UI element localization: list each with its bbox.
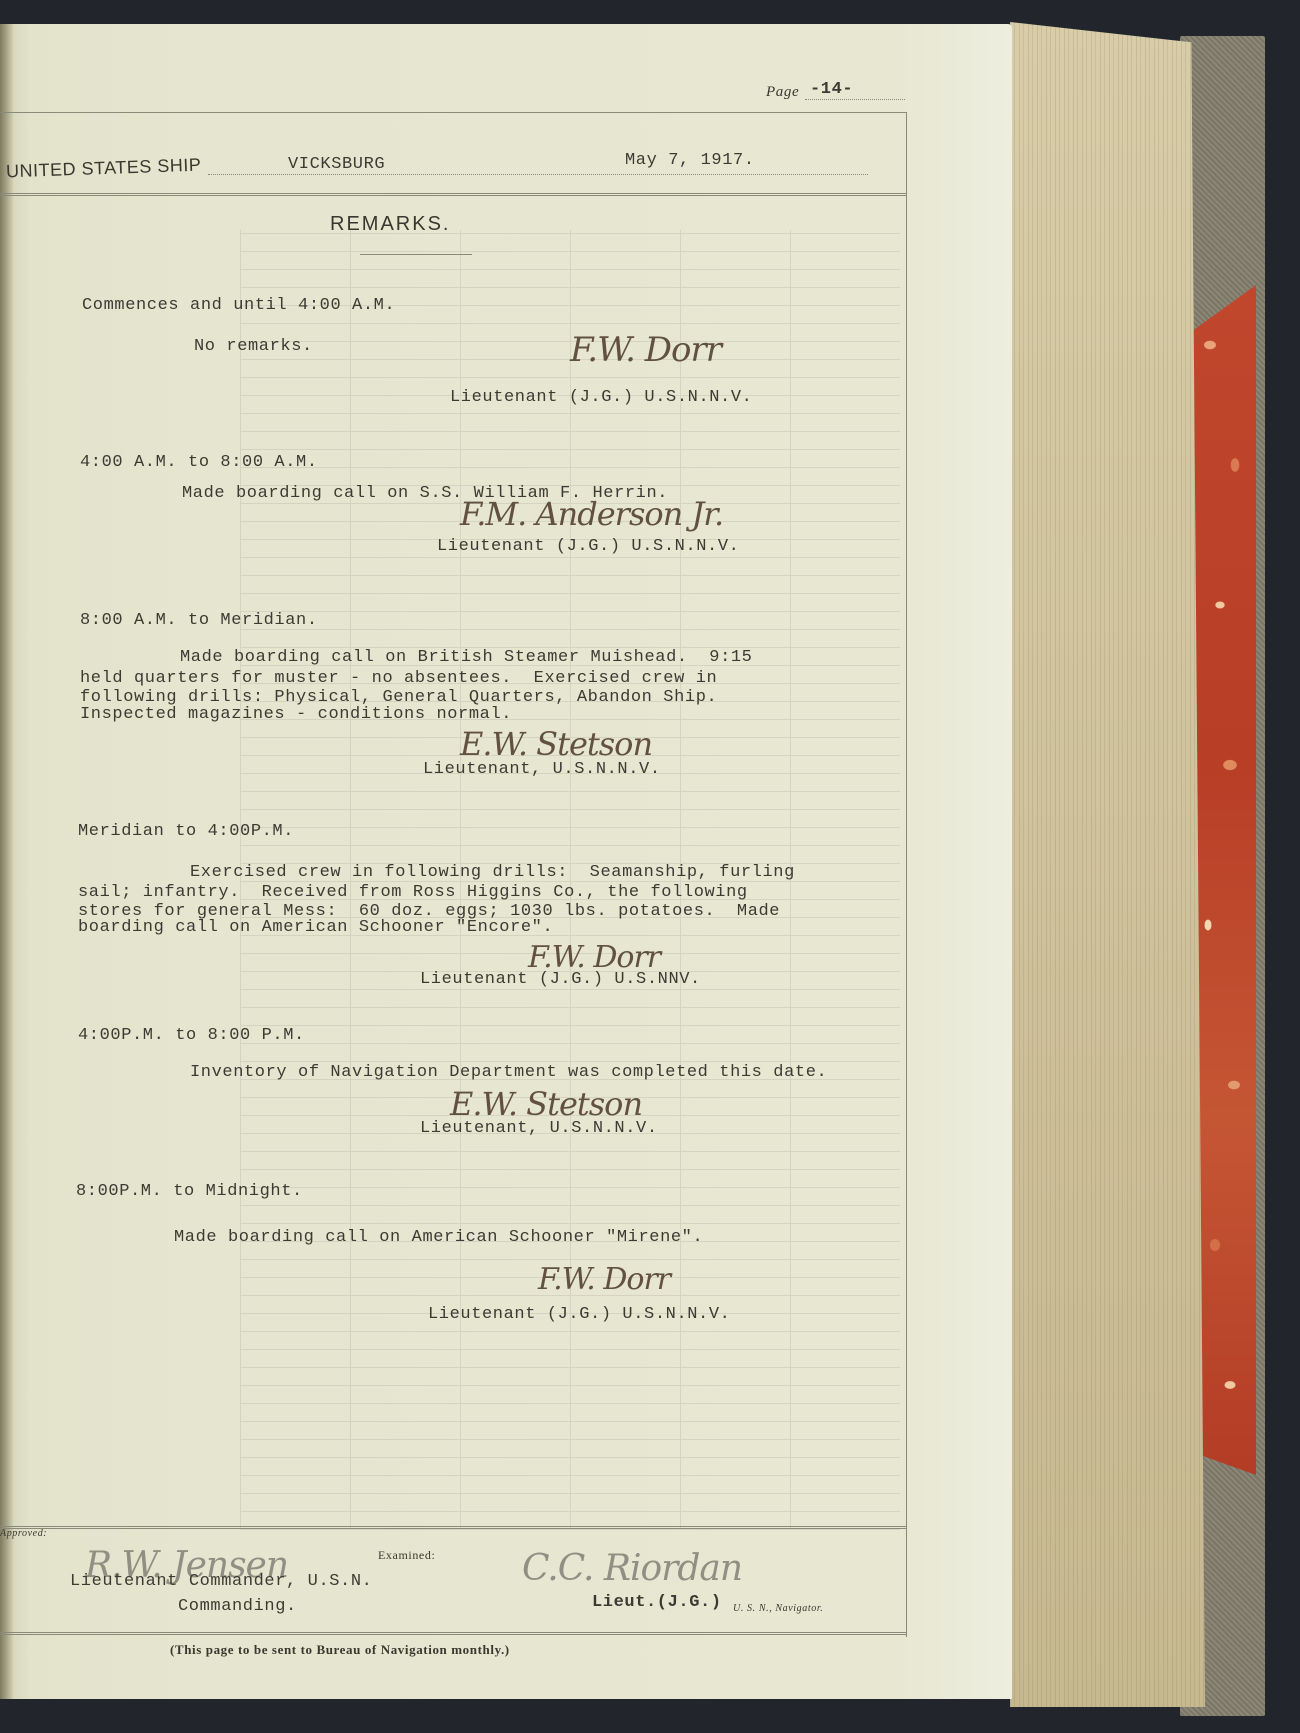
watch-period: 4:00P.M. to 8:00 P.M. — [78, 1026, 305, 1045]
footer-bottom-rule — [0, 1632, 906, 1635]
header-rule — [0, 193, 906, 196]
approved-label: Approved: — [0, 1528, 47, 1539]
page-number-underline — [805, 99, 905, 100]
signer-title: Lieutenant (J.G.) U.S.N.N.V. — [450, 388, 752, 407]
watch-period: 4:00 A.M. to 8:00 A.M. — [80, 453, 318, 472]
log-date: May 7, 1917. — [625, 151, 755, 170]
instruction-note: (This page to be sent to Bureau of Navig… — [170, 1642, 510, 1658]
signer-title: Lieutenant (J.G.) U.S.N.N.V. — [428, 1305, 730, 1324]
watch-period: 8:00 A.M. to Meridian. — [80, 611, 318, 630]
section-title: REMARKS. — [330, 213, 450, 236]
watch-remark: Inspected magazines - conditions normal. — [80, 705, 512, 724]
signer-title: Lieutenant, U.S.N.N.V. — [423, 760, 661, 779]
watch-signature: F.W. Dorr — [570, 330, 721, 370]
signer-title: Lieutenant, U.S.N.N.V. — [420, 1119, 658, 1138]
footer-top-rule — [0, 1526, 906, 1529]
title-underline — [360, 254, 472, 255]
top-rule — [0, 112, 906, 113]
watch-period: Meridian to 4:00P.M. — [78, 822, 294, 841]
signer-title: Lieutenant (J.G.) U.S.N.N.V. — [437, 537, 739, 556]
ship-name: VICKSBURG — [288, 155, 385, 174]
watch-signature: F.W. Dorr — [538, 1262, 670, 1297]
ship-line — [208, 174, 868, 175]
watch-remark: Inventory of Navigation Department was c… — [190, 1063, 827, 1082]
watch-remark: Made boarding call on British Steamer Mu… — [80, 648, 753, 667]
watch-remark: held quarters for muster - no absentees.… — [80, 669, 717, 688]
page-label: Page — [766, 84, 799, 101]
book-page-edges — [1010, 22, 1205, 1707]
watch-remark: No remarks. — [194, 337, 313, 356]
watch-remark: Made boarding call on American Schooner … — [174, 1228, 703, 1247]
watch-signature: E.W. Stetson — [460, 725, 652, 763]
examined-label: Examined: — [378, 1548, 435, 1563]
watch-remark: Exercised crew in following drills: Seam… — [78, 863, 795, 882]
commanding-label: Commanding. — [178, 1597, 297, 1616]
navigator-printed-title: U. S. N., Navigator. — [733, 1603, 823, 1614]
examined-signature: C.C. Riordan — [522, 1548, 742, 1589]
watch-period: Commences and until 4:00 A.M. — [82, 296, 395, 315]
watch-period: 8:00P.M. to Midnight. — [76, 1182, 303, 1201]
watch-remark: sail; infantry. Received from Ross Higgi… — [78, 883, 748, 902]
signer-title: Lieutenant (J.G.) U.S.NNV. — [420, 970, 701, 989]
watch-remark: boarding call on American Schooner "Enco… — [78, 918, 553, 937]
watch-signature: E.W. Stetson — [450, 1085, 642, 1123]
page-number: -14- — [810, 80, 853, 99]
navigator-title: Lieut.(J.G.) — [592, 1593, 722, 1612]
watch-signature: F.M. Anderson Jr. — [460, 495, 723, 533]
commander-title: Lieutenant Commander, U.S.N. — [70, 1572, 372, 1591]
